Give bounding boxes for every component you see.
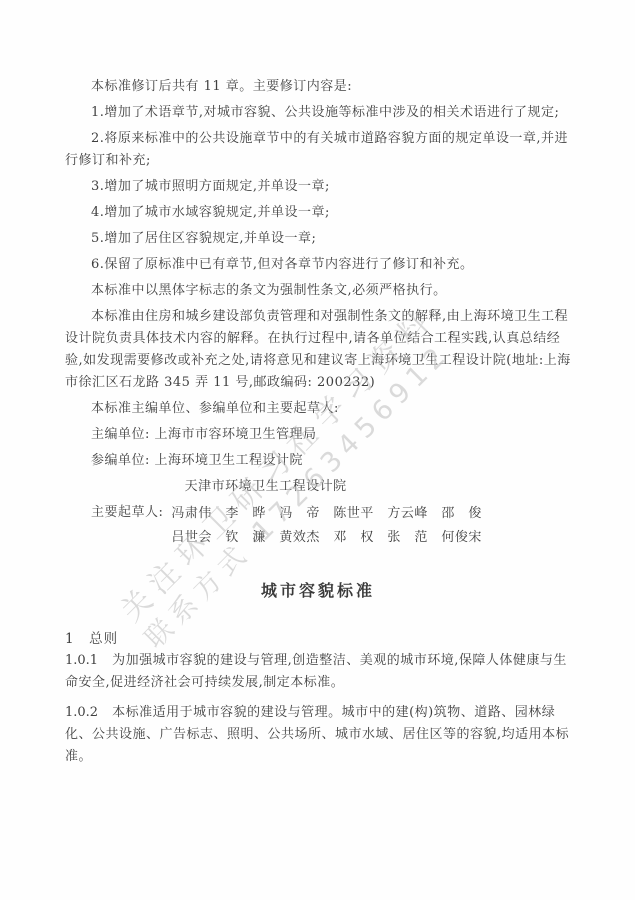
foreword-paragraph-4: 3.增加了城市照明方面规定,并单设一章; <box>65 176 571 198</box>
foreword-paragraph-5: 4.增加了城市水域容貌规定,并单设一章; <box>65 202 571 224</box>
chief-editor-line: 主编单位: 上海市市容环境卫生管理局 <box>65 424 571 446</box>
chapter-1-heading: 1 总则 <box>65 628 571 650</box>
chief-editor-value: 上海市市容环境卫生管理局 <box>155 427 317 442</box>
foreword-paragraph-10: 本标准主编单位、参编单位和主要起草人: <box>65 398 571 420</box>
co-editor-label: 参编单位: <box>91 453 150 468</box>
clause-1-0-1-number: 1.0.1 <box>65 653 98 668</box>
foreword-paragraph-8: 本标准中以黑体字标志的条文为强制性条文,必须严格执行。 <box>65 280 571 302</box>
clause-1-0-2: 1.0.2本标准适用于城市容貌的建设与管理。城市中的建(构)筑物、道路、园林绿化… <box>65 702 571 768</box>
foreword-paragraph-3: 2.将原来标准中的公共设施章节中的有关城市道路容貌方面的规定单设一章,并进行修订… <box>65 128 571 172</box>
drafters-names: 冯肃伟 李 晔 冯 帝 陈世平 方云峰 邵 俊 吕世会 钦 濂 黄效杰 邓 权 … <box>171 502 482 550</box>
co-editor-value-1: 上海环境卫生工程设计院 <box>155 453 304 468</box>
co-editor-line-2: 天津市环境卫生工程设计院 <box>65 476 571 498</box>
drafters-label: 主要起草人: <box>91 502 163 550</box>
standard-title: 城市容貌标准 <box>65 580 571 602</box>
foreword-paragraph-6: 5.增加了居住区容貌规定,并单设一章; <box>65 228 571 250</box>
clause-1-0-2-number: 1.0.2 <box>65 705 98 720</box>
document-page: 本标准修订后共有 11 章。主要修订内容是: 1.增加了术语章节,对城市容貌、公… <box>0 0 635 900</box>
foreword-paragraph-2: 1.增加了术语章节,对城市容貌、公共设施等标准中涉及的相关术语进行了规定; <box>65 102 571 124</box>
chief-editor-label: 主编单位: <box>91 427 150 442</box>
drafters-row-2: 吕世会 钦 濂 黄效杰 邓 权 张 范 何俊宋 <box>171 526 482 550</box>
foreword-paragraph-7: 6.保留了原标准中已有章节,但对各章节内容进行了修订和补充。 <box>65 254 571 276</box>
drafters-block: 主要起草人: 冯肃伟 李 晔 冯 帝 陈世平 方云峰 邵 俊 吕世会 钦 濂 黄… <box>65 502 571 550</box>
document-body: 本标准修订后共有 11 章。主要修订内容是: 1.增加了术语章节,对城市容貌、公… <box>65 76 571 772</box>
drafters-row-1: 冯肃伟 李 晔 冯 帝 陈世平 方云峰 邵 俊 <box>171 502 482 526</box>
co-editor-line: 参编单位: 上海环境卫生工程设计院 <box>65 450 571 472</box>
foreword-paragraph-1: 本标准修订后共有 11 章。主要修订内容是: <box>65 76 571 98</box>
clause-1-0-1-text: 为加强城市容貌的建设与管理,创造整洁、美观的城市环境,保障人体健康与生命安全,促… <box>65 653 567 690</box>
clause-1-0-1: 1.0.1为加强城市容貌的建设与管理,创造整洁、美观的城市环境,保障人体健康与生… <box>65 650 571 694</box>
clause-1-0-2-text: 本标准适用于城市容貌的建设与管理。城市中的建(构)筑物、道路、园林绿化、公共设施… <box>65 705 569 764</box>
foreword-paragraph-9: 本标准由住房和城乡建设部负责管理和对强制性条文的解释,由上海环境卫生工程设计院负… <box>65 306 571 394</box>
